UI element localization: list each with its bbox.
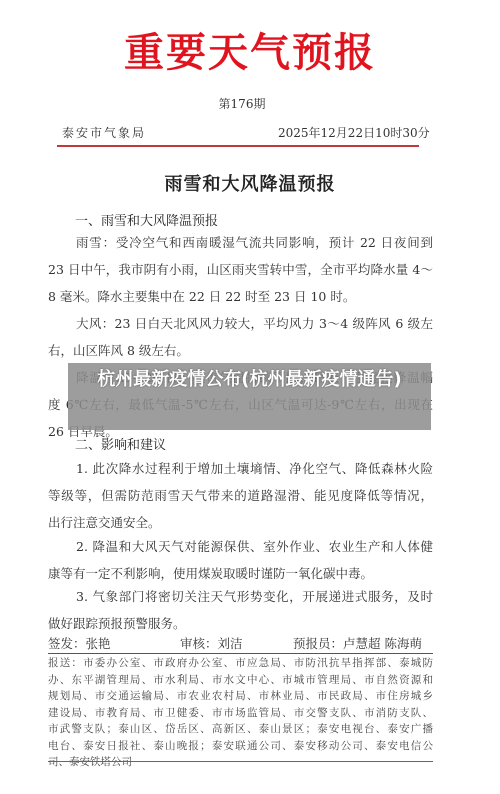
issue-number: 第176期 xyxy=(0,95,484,112)
document-title: 雨雪和大风降温预报 xyxy=(0,170,500,196)
distribution-list: 报送：市委办公室、市政府办公室、市应急局、市防汛抗旱指挥部、泰城防 办、东平湖管… xyxy=(48,655,433,771)
distribution-line: 报送：市委办公室、市政府办公室、市应急局、市防汛抗旱指挥部、泰城防 xyxy=(48,655,433,672)
distribution-line: 司、泰安铁塔公司 xyxy=(48,754,433,771)
text-line: 做好跟踪预报预警服务。 xyxy=(48,610,433,637)
signature-row: 签发：张艳 审核：刘洁 预报员：卢慧超 陈海萌 xyxy=(48,634,433,654)
reviewer-signature: 审核：刘洁 xyxy=(180,634,243,652)
paragraph-item-3: 3. 气象部门将密切关注天气形势变化，开展递进式服务，及时 做好跟踪预报预警服务… xyxy=(48,583,433,637)
main-title: 重要天气预报 xyxy=(0,30,500,76)
text-line: 3. 气象部门将密切关注天气形势变化，开展递进式服务，及时 xyxy=(48,583,433,610)
text-line: 2. 降温和大风天气对能源保供、室外作业、农业生产和人体健 xyxy=(48,533,433,560)
issue-datetime: 2025年12月22日10时30分 xyxy=(278,124,430,141)
bottom-divider xyxy=(48,761,433,762)
text-line: 等级等，但需防范雨雪天气带来的道路湿滑、能见度降低等情况， xyxy=(48,482,433,509)
section-heading-impact: 二、影响和建议 xyxy=(75,434,166,453)
distribution-line: 办、东平湖管理局、市水利局、市水文中心、市城市管理局、市自然资源和 xyxy=(48,672,433,689)
distribution-line: 电台、泰安日报社、泰山晚报；泰安联通公司、泰安移动公司、泰安电信公 xyxy=(48,738,433,755)
caption-overlay-text: 杭州最新疫情公布(杭州最新疫情通告) xyxy=(68,368,431,392)
text-line: 出行注意交通安全。 xyxy=(48,509,433,536)
paragraph-item-2: 2. 降温和大风天气对能源保供、室外作业、农业生产和人体健 康等有一定不利影响，… xyxy=(48,533,433,587)
paragraph-rain-snow: 雨雪：受冷空气和西南暖湿气流共同影响，预计 22 日夜间到 23 日中午，我市阴… xyxy=(48,229,433,310)
issuing-organization: 泰安市气象局 xyxy=(62,124,146,141)
text-line: 1. 此次降水过程利于增加土壤墒情、净化空气、降低森林火险 xyxy=(48,455,433,482)
signature-divider xyxy=(48,653,433,654)
issuer-signature: 签发：张艳 xyxy=(48,634,111,652)
text-line: 雨雪：受冷空气和西南暖湿气流共同影响，预计 22 日夜间到 xyxy=(48,229,433,256)
paragraph-wind: 大风：23 日白天北风风力较大，平均风力 3～4 级阵风 6 级左 右，山区阵风… xyxy=(48,310,433,364)
distribution-line: 建设局、市教育局、市卫健委、市市场监管局、市交警支队、市消防支队、 xyxy=(48,705,433,722)
red-divider xyxy=(57,145,419,147)
section-heading-forecast: 一、雨雪和大风降温预报 xyxy=(75,210,218,229)
text-line: 23 日中午，我市阴有小雨，山区雨夹雪转中雪，全市平均降水量 4～ xyxy=(48,256,433,283)
text-line: 右，山区阵风 8 级左右。 xyxy=(48,337,433,364)
distribution-line: 规划局、市交通运输局、市农业农村局、市林业局、市民政局、市住房城乡 xyxy=(48,688,433,705)
paragraph-item-1: 1. 此次降水过程利于增加土壤墒情、净化空气、降低森林火险 等级等，但需防范雨雪… xyxy=(48,455,433,536)
text-line: 大风：23 日白天北风风力较大，平均风力 3～4 级阵风 6 级左 xyxy=(48,310,433,337)
distribution-line: 市武警支队；泰山区、岱岳区、高新区、泰山景区；泰安电视台、泰安广播 xyxy=(48,721,433,738)
text-line: 8 毫米。降水主要集中在 22 日 22 时至 23 日 10 时。 xyxy=(48,283,433,310)
forecaster-signature: 预报员：卢慧超 陈海萌 xyxy=(293,634,422,652)
